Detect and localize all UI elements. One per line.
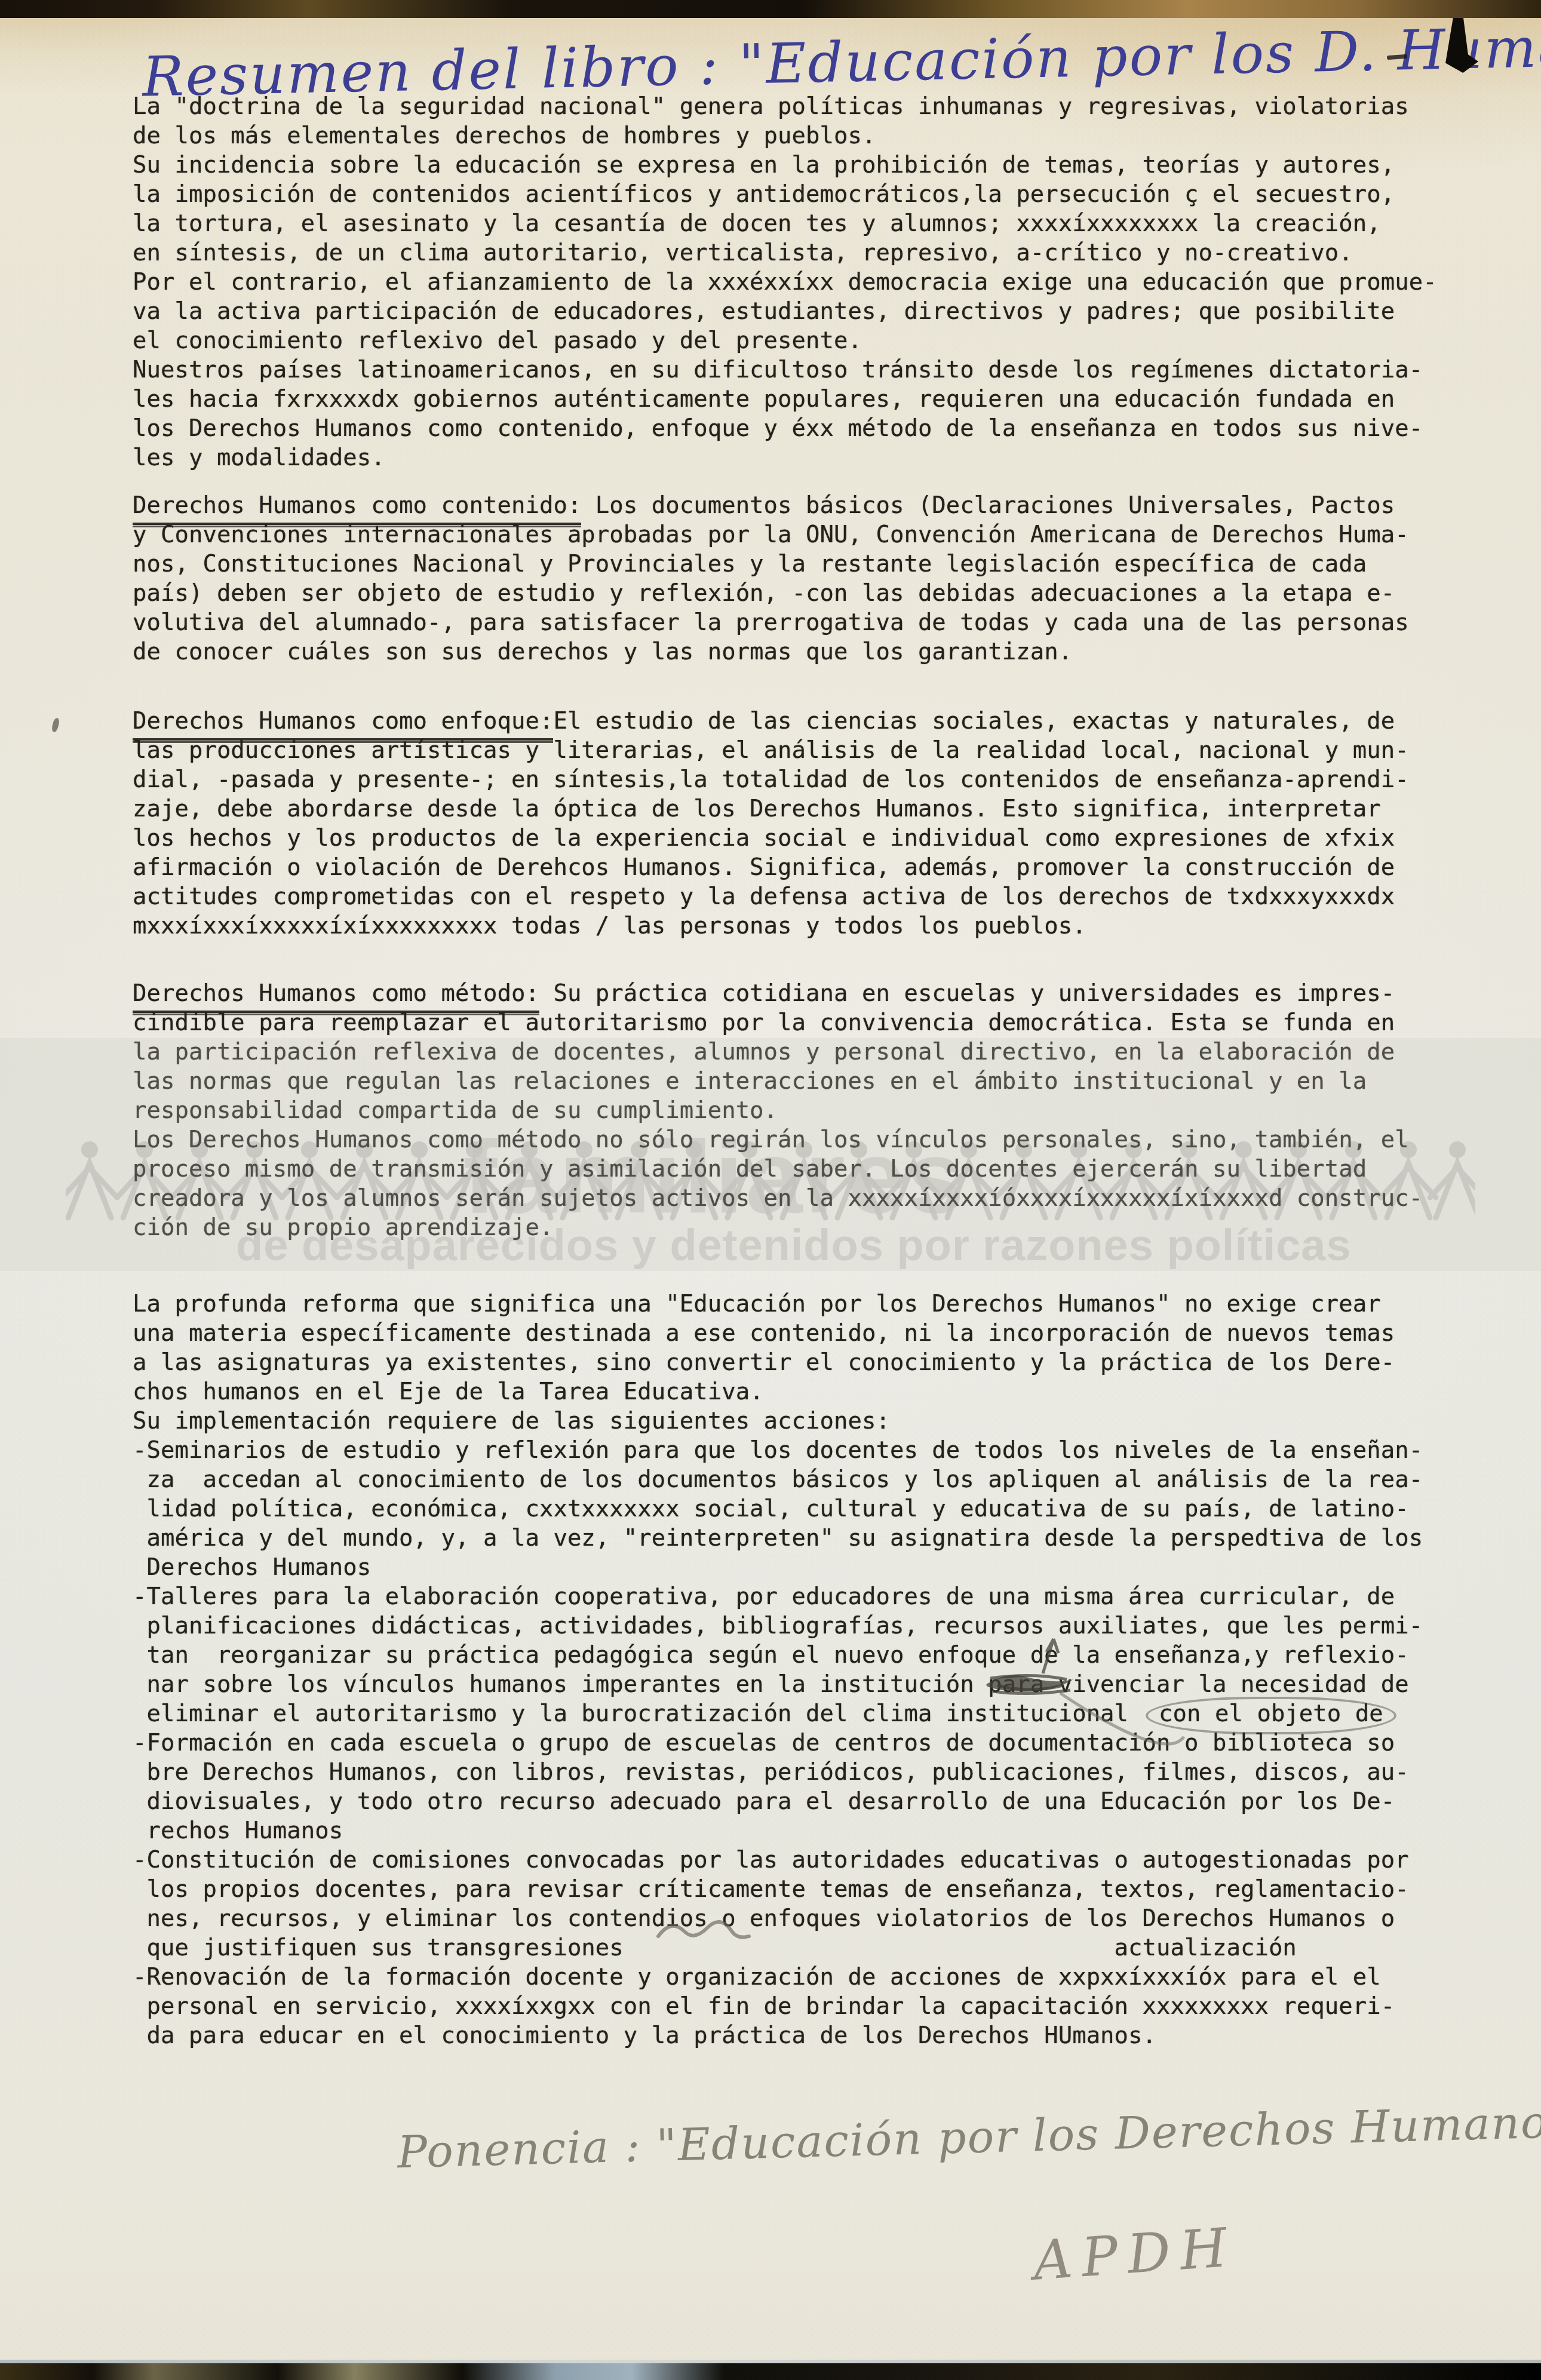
handwritten-footnote-ponencia: Ponencia : "Educación por los Derechos H…	[397, 2096, 1541, 2178]
typed-line: Por el contrario, el afianzamiento de la…	[133, 268, 1437, 297]
typed-line: que justifiquen sus transgresiones actua…	[133, 1933, 1437, 1963]
typed-line: Nuestros países latinoamericanos, en su …	[133, 355, 1437, 385]
typed-line: mxxxíxxxíxxxxxíxíxxxxxxxxx todas / las p…	[133, 911, 1437, 941]
typed-line: lidad política, económica, cxxtxxxxxxx s…	[133, 1494, 1437, 1524]
typed-line: nes, recursos, y eliminar los contendios…	[133, 1904, 1437, 1933]
typed-line: chos humanos en el Eje de la Tarea Educa…	[133, 1377, 1437, 1406]
section-enfoque-body: las producciones artísticas y literarias…	[133, 736, 1437, 941]
typed-line: volutiva del alumnado-, para satisfacer …	[133, 608, 1437, 637]
typed-line: -Seminarios de estudio y reflexión para …	[133, 1436, 1437, 1465]
typed-line: los propios docentes, para revisar críti…	[133, 1875, 1437, 1904]
typed-line: les hacia fxrxxxxdx gobiernos auténticam…	[133, 385, 1437, 414]
typed-line: za accedan al conocimiento de los docume…	[133, 1465, 1437, 1494]
typed-line: -Talleres para la elaboración cooperativ…	[133, 1582, 1437, 1611]
scan-edge-bottom	[0, 2363, 1541, 2380]
pencil-scribble-annotation	[926, 1636, 1541, 1828]
paragraph-gap	[133, 941, 1437, 979]
scanned-document-page: familiares de desaparecidos y detenidos …	[0, 0, 1541, 2380]
typed-line: actitudes comprometidas con el respeto y…	[133, 882, 1437, 911]
typed-line: La profunda reforma que significa una "E…	[133, 1289, 1437, 1319]
typed-line: les y modalidades.	[133, 443, 1437, 472]
typed-line: dial, -pasada y presente-; en síntesis,l…	[133, 765, 1437, 794]
paragraph-gap	[133, 472, 1437, 491]
heading-line-rest: Los documentos básicos (Declaraciones Un…	[581, 492, 1395, 519]
typed-line: Su implementación requiere de las siguie…	[133, 1406, 1437, 1436]
typed-line: de conocer cuáles son sus derechos y las…	[133, 637, 1437, 667]
typed-line: a las asignaturas ya existentes, sino co…	[133, 1348, 1437, 1377]
typed-line: la imposición de contenidos acientíficos…	[133, 180, 1437, 209]
typed-line: de los más elementales derechos de hombr…	[133, 121, 1437, 151]
typed-line: los Derechos Humanos como contenido, enf…	[133, 414, 1437, 443]
section-enfoque-heading-line: Derechos Humanos como enfoque:El estudio…	[133, 707, 1437, 736]
typed-line: personal en servicio, xxxxíxxgxx con el …	[133, 1992, 1437, 2021]
typed-line: nos, Constituciones Nacional y Provincia…	[133, 549, 1437, 579]
pencil-correction-mark	[651, 1905, 759, 1965]
typed-line: el conocimiento reflexivo del pasado y d…	[133, 326, 1437, 355]
typed-line: Su incidencia sobre la educación se expr…	[133, 151, 1437, 180]
margin-tick-mark	[51, 717, 60, 733]
heading-line-rest: El estudio de las ciencias sociales, exa…	[553, 708, 1395, 735]
section-contenido-heading-line: Derechos Humanos como contenido: Los doc…	[133, 491, 1437, 520]
typed-line: y Convenciones internacionales aprobadas…	[133, 520, 1437, 549]
typed-line: -Constitución de comisiones convocadas p…	[133, 1845, 1437, 1875]
typed-line: va la activa participación de educadores…	[133, 297, 1437, 326]
typed-line: la tortura, el asesinato y la cesantía d…	[133, 209, 1437, 238]
scan-edge-top	[0, 0, 1541, 18]
intro-paragraphs: La "doctrina de la seguridad nacional" g…	[133, 92, 1437, 472]
typed-line: Derechos Humanos	[133, 1553, 1437, 1582]
typed-line: país) deben ser objeto de estudio y refl…	[133, 579, 1437, 608]
section-metodo-heading-line: Derechos Humanos como método: Su práctic…	[133, 979, 1437, 1008]
heading-line-rest: Su práctica cotidiana en escuelas y univ…	[539, 980, 1395, 1007]
typed-line: zaje, debe abordarse desde la óptica de …	[133, 794, 1437, 824]
handwritten-org-signature: APDH	[1032, 2216, 1239, 2292]
scan-fade-band	[0, 1038, 1541, 1271]
typed-line: cindible para reemplazar el autoritarism…	[133, 1008, 1437, 1037]
typed-line: afirmación o violación de Derehcos Human…	[133, 853, 1437, 882]
typed-line: en síntesis, de un clima autoritario, ve…	[133, 238, 1437, 268]
typed-line: américa y del mundo, y, a la vez, "reint…	[133, 1524, 1437, 1553]
typed-line: da para educar en el conocimiento y la p…	[133, 2021, 1437, 2050]
typed-line: las producciones artísticas y literarias…	[133, 736, 1437, 765]
paragraph-gap	[133, 667, 1437, 707]
typed-line: una materia específicamente destinada a …	[133, 1319, 1437, 1348]
typed-line: -Renovación de la formación docente y or…	[133, 1963, 1437, 1992]
typed-line: los hechos y los productos de la experie…	[133, 824, 1437, 853]
section-contenido-body: y Convenciones internacionales aprobadas…	[133, 520, 1437, 667]
